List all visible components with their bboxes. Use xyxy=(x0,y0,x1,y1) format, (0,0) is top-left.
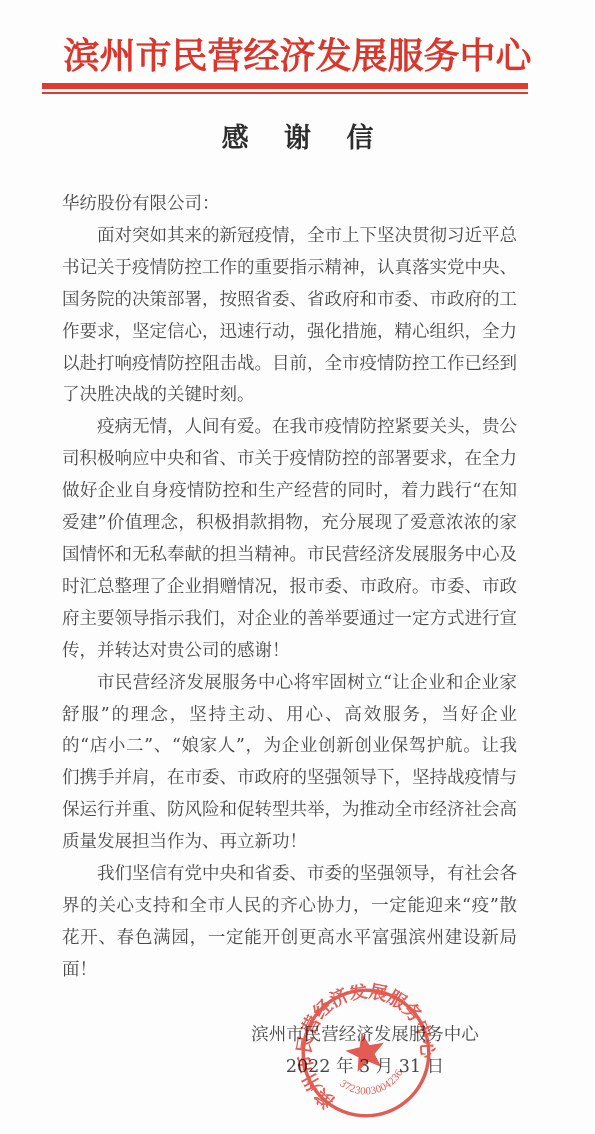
body-paragraph-1: 面对突如其来的新冠疫情，全市上下坚决贯彻习近平总书记关于疫情防控工作的重要指示精… xyxy=(62,221,517,412)
signature-org-name: 滨州市民营经济发展服务中心 xyxy=(251,1024,479,1047)
body-paragraph-2: 疫病无情，人间有爱。在我市疫情防控紧要关头，贵公司积极响应中央和省、市关于疫情防… xyxy=(62,412,517,667)
letterhead-org-name: 滨州市民营经济发展服务中心 xyxy=(0,33,595,79)
divider-thick-line xyxy=(42,83,528,89)
signature-date: 2022 年 3 月 31 日 xyxy=(251,1056,479,1079)
salutation: 华纺股份有限公司： xyxy=(62,189,517,221)
letterhead-divider xyxy=(42,83,528,94)
body-paragraph-3: 市民营经济发展服务中心将牢固树立“让企业和企业家舒服”的理念，坚持主动、用心、高… xyxy=(62,668,517,859)
letter-body: 华纺股份有限公司： 面对突如其来的新冠疫情，全市上下坚决贯彻习近平总书记关于疫情… xyxy=(62,189,517,987)
signature-block: 滨州市民营经济发展服务中心 2022 年 3 月 31 日 xyxy=(251,1024,479,1079)
body-paragraph-4: 我们坚信有党中央和省委、市委的坚强领导，有社会各界的关心支持和全市人民的齐心协力… xyxy=(62,859,517,987)
divider-thin-line xyxy=(42,92,528,94)
document-title: 感 谢 信 xyxy=(0,123,595,155)
letter-page: 滨州市民营经济发展服务中心 感 谢 信 华纺股份有限公司： 面对突如其来的新冠疫… xyxy=(0,0,595,1134)
